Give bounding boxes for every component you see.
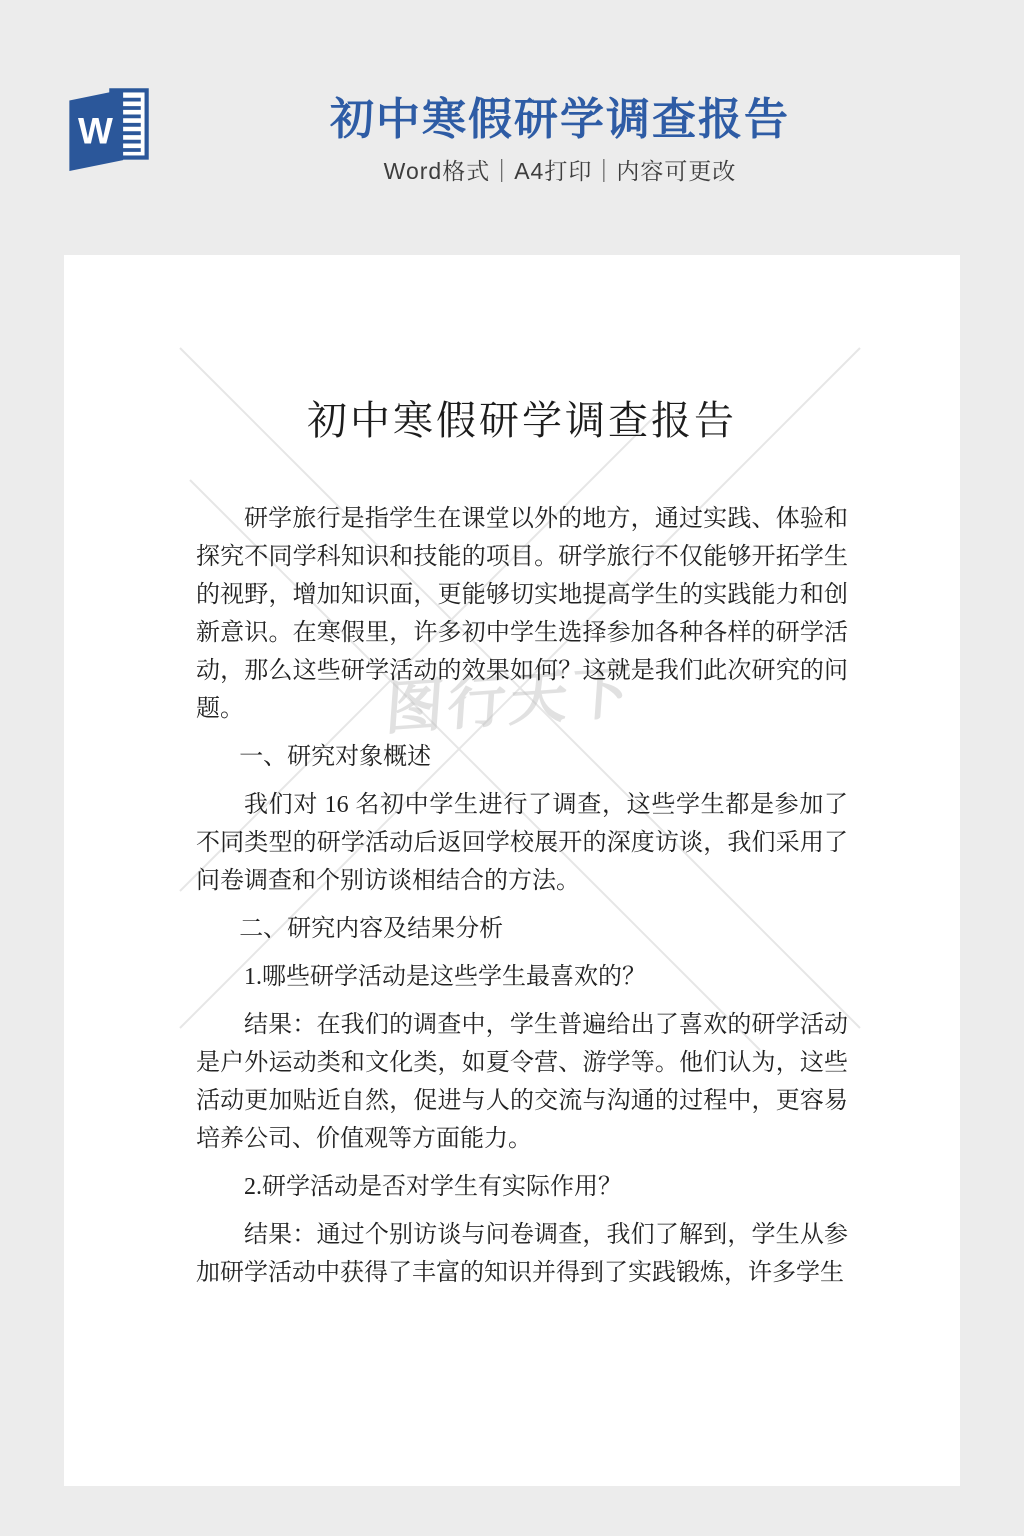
question-2: 2.研学活动是否对学生有实际作用？ [196, 1168, 848, 1206]
header-text-block: 初中寒假研学调查报告 Word格式｜A4打印｜内容可更改 [0, 94, 1024, 186]
template-title: 初中寒假研学调查报告 [96, 94, 1024, 146]
paragraph-result-2: 结果：通过个别访谈与问卷调查，我们了解到，学生从参加研学活动中获得了丰富的知识并… [196, 1216, 848, 1292]
paragraph-subjects: 我们对 16 名初中学生进行了调查，这些学生都是参加了不同类型的研学活动后返回学… [196, 786, 848, 900]
question-1: 1.哪些研学活动是这些学生最喜欢的？ [196, 958, 848, 996]
paragraph-intro: 研学旅行是指学生在课堂以外的地方，通过实践、体验和探究不同学科知识和技能的项目。… [196, 500, 848, 728]
document-title: 初中寒假研学调查报告 [196, 395, 848, 447]
section-heading-1: 一、研究对象概述 [196, 738, 848, 776]
screenshot-canvas: W 初中寒假研学调查报告 Word格式｜A4打印｜内容可更改 图行天下 初中寒假… [0, 0, 1024, 1536]
section-heading-2: 二、研究内容及结果分析 [196, 910, 848, 948]
template-subtitle: Word格式｜A4打印｜内容可更改 [96, 156, 1024, 186]
document-page: 图行天下 初中寒假研学调查报告 研学旅行是指学生在课堂以外的地方，通过实践、体验… [64, 255, 960, 1486]
template-header: W 初中寒假研学调查报告 Word格式｜A4打印｜内容可更改 [0, 0, 1024, 255]
paragraph-result-1: 结果：在我们的调查中，学生普遍给出了喜欢的研学活动是户外运动类和文化类，如夏令营… [196, 1006, 848, 1158]
